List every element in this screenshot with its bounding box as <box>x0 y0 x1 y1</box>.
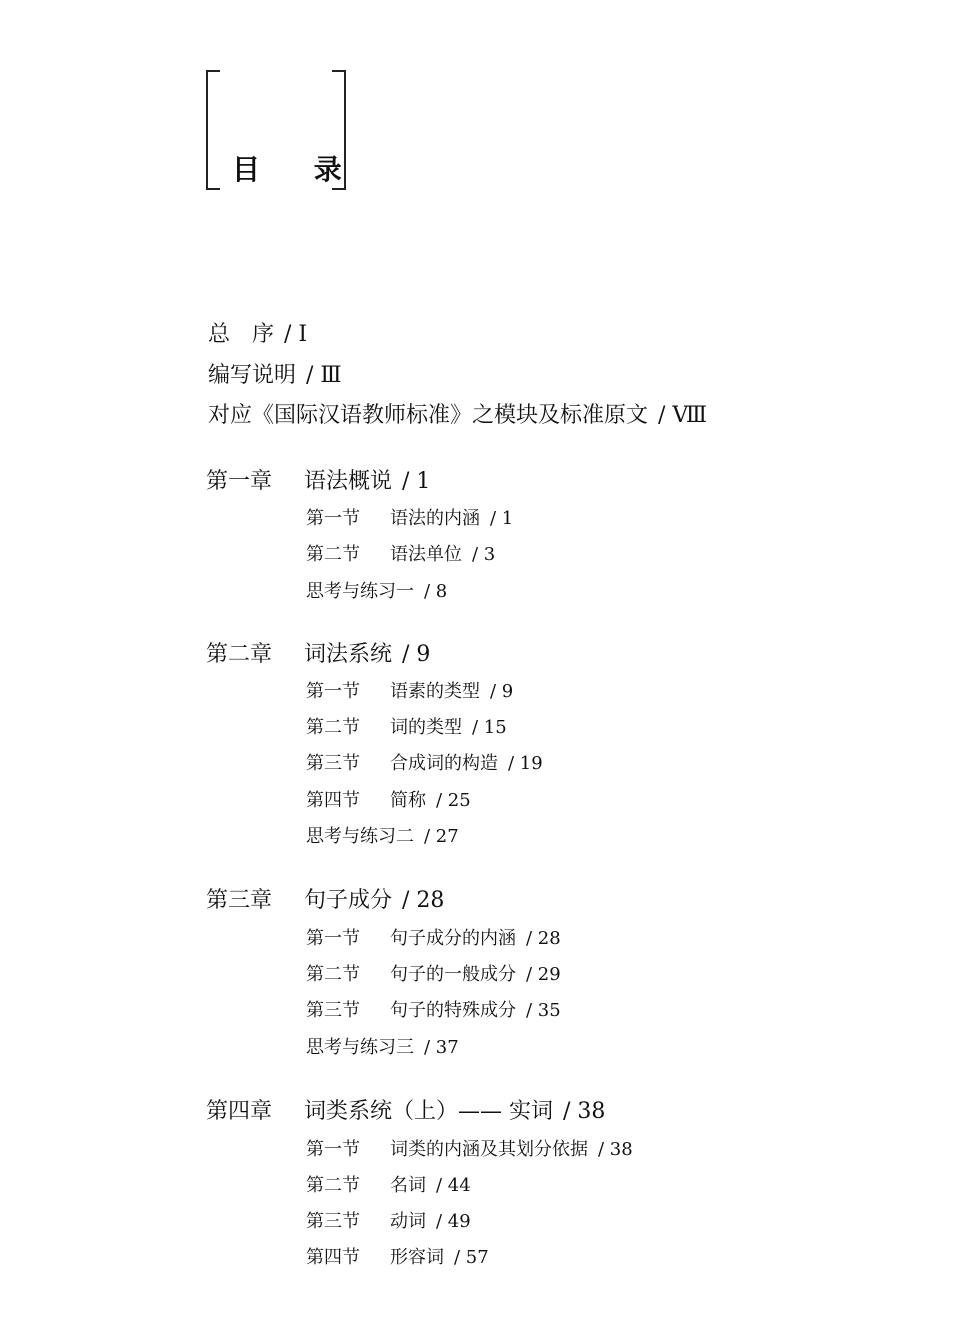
section-number: 第一节 <box>306 506 390 532</box>
section-number: 第二节 <box>306 1173 390 1199</box>
section-page: / 29 <box>526 964 561 985</box>
chapter-title: 句子成分 <box>304 888 392 913</box>
section-page: / 27 <box>424 826 459 847</box>
chapter-number: 第一章 <box>206 467 304 497</box>
section-number: 第一节 <box>306 1137 390 1163</box>
section-number: 第三节 <box>306 998 390 1024</box>
section-title: 句子的一般成分 <box>390 964 516 985</box>
toc-exercise[interactable]: 思考与练习一/ 8 <box>306 579 447 605</box>
section-title: 合成词的构造 <box>390 753 498 774</box>
section-title: 句子的特殊成分 <box>390 1000 516 1021</box>
toc-section[interactable]: 第四节简称/ 25 <box>306 788 471 814</box>
section-number: 第四节 <box>306 1245 390 1271</box>
section-title: 简称 <box>390 790 426 811</box>
section-page: / 35 <box>526 1000 561 1021</box>
section-title: 句子成分的内涵 <box>390 928 516 949</box>
toc-section[interactable]: 第二节名词/ 44 <box>306 1173 471 1199</box>
section-title: 语素的类型 <box>390 681 480 702</box>
toc-entry-standards[interactable]: 对应《国际汉语教师标准》之模块及标准原文/ Ⅷ <box>208 401 707 431</box>
section-page: / 57 <box>454 1247 489 1268</box>
section-page: / 38 <box>598 1139 633 1160</box>
section-number: 第一节 <box>306 679 390 705</box>
chapter-page: / 1 <box>402 469 430 494</box>
entry-page: / I <box>284 322 307 347</box>
toc-section[interactable]: 第三节动词/ 49 <box>306 1209 471 1235</box>
entry-title: 对应《国际汉语教师标准》之模块及标准原文 <box>208 403 648 428</box>
section-number: 第二节 <box>306 715 390 741</box>
chapter-number: 第四章 <box>206 1097 304 1127</box>
chapter-title: 词法系统 <box>304 642 392 667</box>
section-page: / 8 <box>424 581 447 602</box>
section-page: / 19 <box>508 753 543 774</box>
chapter-page: / 9 <box>402 642 430 667</box>
toc-exercise[interactable]: 思考与练习二/ 27 <box>306 824 459 850</box>
toc-entry-preface[interactable]: 总 序/ I <box>208 320 307 350</box>
entry-page: / Ⅷ <box>658 403 707 428</box>
section-page: / 28 <box>526 928 561 949</box>
bracket-left-decoration <box>206 70 220 190</box>
toc-section[interactable]: 第二节句子的一般成分/ 29 <box>306 962 561 988</box>
chapter-page: / 28 <box>402 888 444 913</box>
section-title: 词类的内涵及其划分依据 <box>390 1139 588 1160</box>
toc-section[interactable]: 第三节合成词的构造/ 19 <box>306 751 543 777</box>
toc-section[interactable]: 第一节词类的内涵及其划分依据/ 38 <box>306 1137 633 1163</box>
section-title: 思考与练习三 <box>306 1037 414 1058</box>
section-page: / 25 <box>436 790 471 811</box>
chapter-title: 语法概说 <box>304 469 392 494</box>
chapter-title: 词类系统（上）—— 实词 <box>304 1099 553 1124</box>
section-title: 语法单位 <box>390 544 462 565</box>
section-title: 名词 <box>390 1175 426 1196</box>
toc-entry-writing-notes[interactable]: 编写说明/ Ⅲ <box>208 361 342 391</box>
toc-chapter-1[interactable]: 第一章语法概说/ 1 <box>206 467 430 497</box>
section-number: 第三节 <box>306 1209 390 1235</box>
toc-exercise[interactable]: 思考与练习三/ 37 <box>306 1035 459 1061</box>
toc-chapter-3[interactable]: 第三章句子成分/ 28 <box>206 886 444 916</box>
entry-page: / Ⅲ <box>306 363 342 388</box>
section-number: 第三节 <box>306 751 390 777</box>
toc-section[interactable]: 第三节句子的特殊成分/ 35 <box>306 998 561 1024</box>
section-number: 第四节 <box>306 788 390 814</box>
toc-chapter-2[interactable]: 第二章词法系统/ 9 <box>206 640 430 670</box>
chapter-number: 第三章 <box>206 886 304 916</box>
toc-section[interactable]: 第四节形容词/ 57 <box>306 1245 489 1271</box>
toc-section[interactable]: 第二节词的类型/ 15 <box>306 715 507 741</box>
section-title: 思考与练习二 <box>306 826 414 847</box>
section-title: 思考与练习一 <box>306 581 414 602</box>
section-page: / 44 <box>436 1175 471 1196</box>
toc-section[interactable]: 第一节语法的内涵/ 1 <box>306 506 513 532</box>
section-number: 第二节 <box>306 962 390 988</box>
entry-title: 编写说明 <box>208 363 296 388</box>
section-title: 形容词 <box>390 1247 444 1268</box>
section-page: / 15 <box>472 717 507 738</box>
section-number: 第二节 <box>306 542 390 568</box>
toc-section[interactable]: 第一节语素的类型/ 9 <box>306 679 513 705</box>
section-page: / 9 <box>490 681 513 702</box>
section-title: 词的类型 <box>390 717 462 738</box>
section-number: 第一节 <box>306 926 390 952</box>
section-page: / 49 <box>436 1211 471 1232</box>
entry-title: 总 序 <box>208 322 274 347</box>
section-title: 语法的内涵 <box>390 508 480 529</box>
toc-section[interactable]: 第一节句子成分的内涵/ 28 <box>306 926 561 952</box>
section-page: / 3 <box>472 544 495 565</box>
toc-chapter-4[interactable]: 第四章词类系统（上）—— 实词/ 38 <box>206 1097 605 1127</box>
toc-section[interactable]: 第二节语法单位/ 3 <box>306 542 495 568</box>
section-page: / 37 <box>424 1037 459 1058</box>
chapter-number: 第二章 <box>206 640 304 670</box>
chapter-page: / 38 <box>563 1099 605 1124</box>
section-title: 动词 <box>390 1211 426 1232</box>
section-page: / 1 <box>490 508 513 529</box>
toc-heading: 目 录 <box>232 152 364 188</box>
